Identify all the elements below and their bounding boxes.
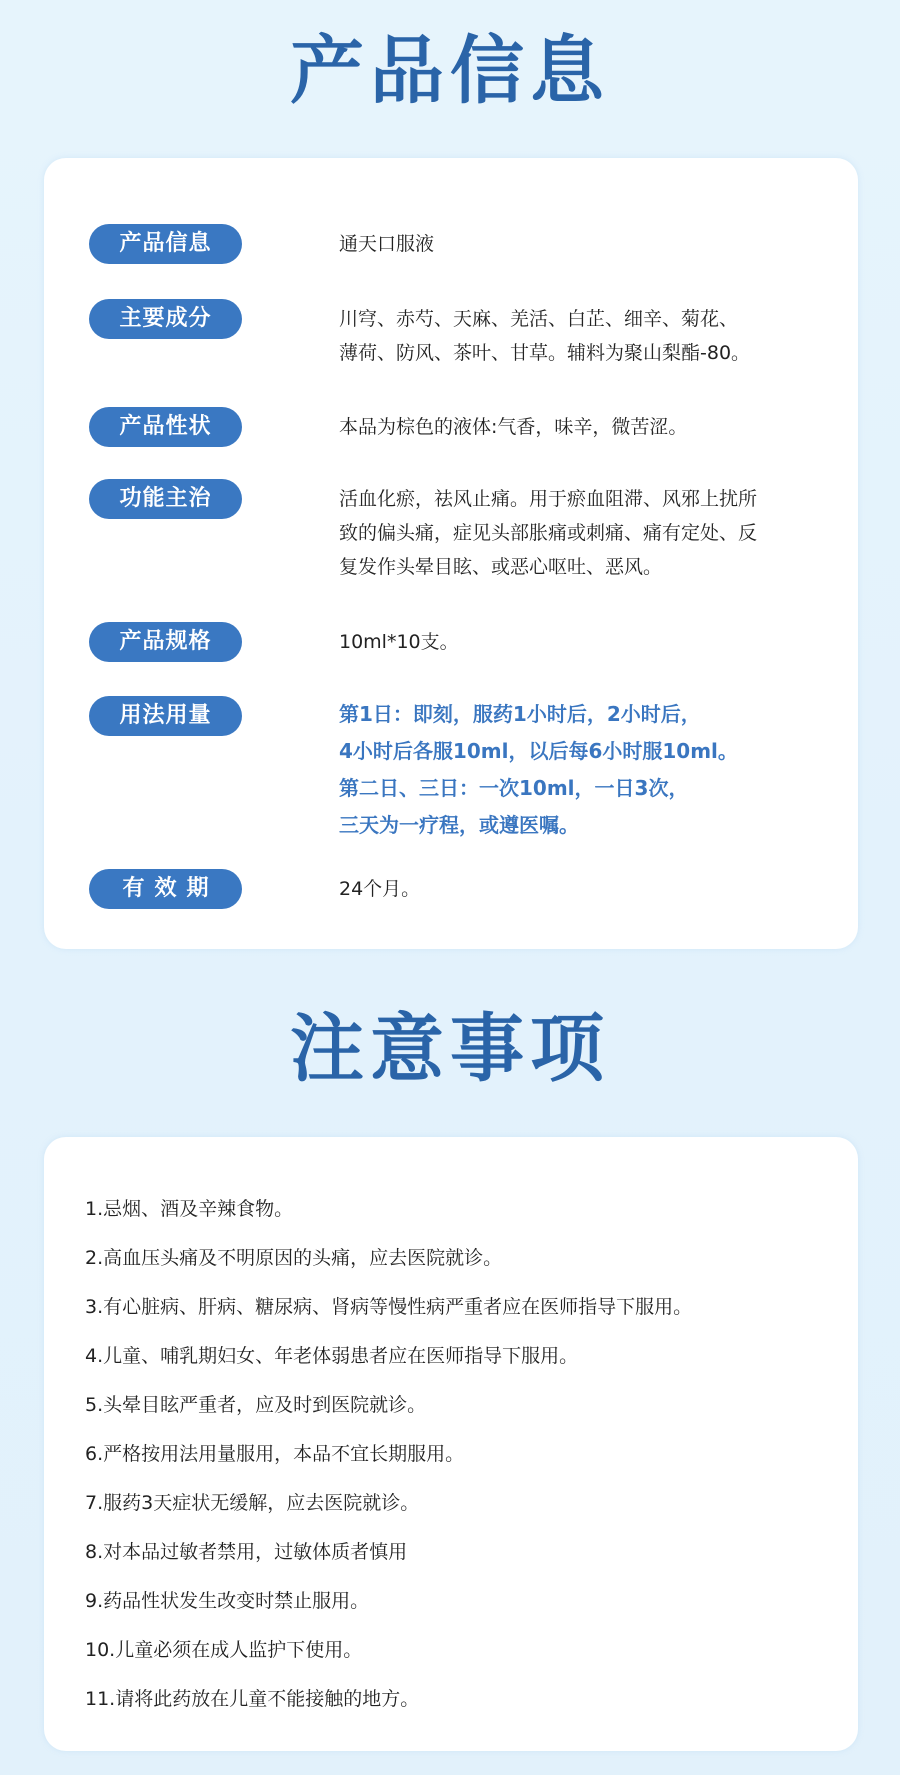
list-item: 1.忌烟、酒及辛辣食物。 xyxy=(85,1185,692,1234)
value-shelf-life: 24个月。 xyxy=(339,872,829,906)
value-product-name: 通天口服液 xyxy=(339,227,829,261)
list-item: 6.严格按用法用量服用，本品不宜长期服用。 xyxy=(85,1430,692,1479)
precautions-card: 1.忌烟、酒及辛辣食物。 2.高血压头痛及不明原因的头痛，应去医院就诊。 3.有… xyxy=(44,1137,858,1751)
list-item: 4.儿童、哺乳期妇女、年老体弱患者应在医师指导下服用。 xyxy=(85,1332,692,1381)
label-pill-product-name: 产品信息 xyxy=(89,224,242,264)
list-item: 7.服药3天症状无缓解，应去医院就诊。 xyxy=(85,1479,692,1528)
label-pill-ingredients: 主要成分 xyxy=(89,299,242,339)
list-item: 3.有心脏病、肝病、糖尿病、肾病等慢性病严重者应在医师指导下服用。 xyxy=(85,1283,692,1332)
list-item: 5.头晕目眩严重者，应及时到医院就诊。 xyxy=(85,1381,692,1430)
value-indications: 活血化瘀，祛风止痛。用于瘀血阻滞、风邪上扰所 致的偏头痛，症见头部胀痛或刺痛、痛… xyxy=(339,482,829,584)
list-item: 10.儿童必须在成人监护下使用。 xyxy=(85,1626,692,1675)
value-dosage: 第1日：即刻，服药1小时后，2小时后， 4小时后各服10ml，以后每6小时服10… xyxy=(339,696,839,844)
list-item: 11.请将此药放在儿童不能接触的地方。 xyxy=(85,1675,692,1724)
precautions-title: 注意事项 xyxy=(0,1012,900,1086)
product-info-card: 产品信息 通天口服液 主要成分 川穹、赤芍、天麻、羌活、白芷、细辛、菊花、 薄荷… xyxy=(44,158,858,949)
label-pill-appearance: 产品性状 xyxy=(89,407,242,447)
value-specification: 10ml*10支。 xyxy=(339,625,829,659)
value-ingredients: 川穹、赤芍、天麻、羌活、白芷、细辛、菊花、 薄荷、防风、茶叶、甘草。辅料为聚山梨… xyxy=(339,302,829,370)
list-item: 9.药品性状发生改变时禁止服用。 xyxy=(85,1577,692,1626)
list-item: 2.高血压头痛及不明原因的头痛，应去医院就诊。 xyxy=(85,1234,692,1283)
label-pill-indications: 功能主治 xyxy=(89,479,242,519)
product-info-title: 产品信息 xyxy=(0,34,900,108)
list-item: 8.对本品过敏者禁用，过敏体质者慎用 xyxy=(85,1528,692,1577)
label-pill-dosage: 用法用量 xyxy=(89,696,242,736)
label-pill-shelf-life: 有效期 xyxy=(89,869,242,909)
value-appearance: 本品为棕色的液体:气香，味辛，微苦涩。 xyxy=(339,410,829,444)
precautions-list: 1.忌烟、酒及辛辣食物。 2.高血压头痛及不明原因的头痛，应去医院就诊。 3.有… xyxy=(85,1185,692,1724)
label-pill-specification: 产品规格 xyxy=(89,622,242,662)
